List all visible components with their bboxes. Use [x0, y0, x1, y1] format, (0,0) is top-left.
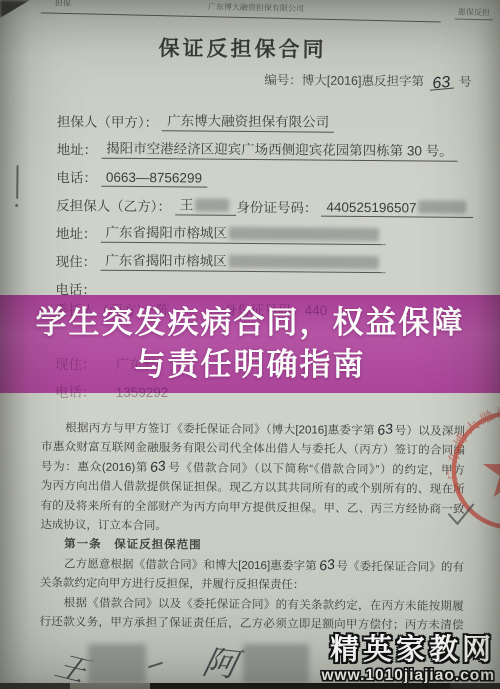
promo-banner-overlay: 委托人（丙方）：陈 身份证号码：440 现住： 广东省 电话： 1359292 … — [0, 295, 500, 393]
id-number-label: 身份证号码： — [236, 196, 317, 217]
redacted-signature-blur-2 — [243, 644, 309, 684]
contract-title: 保证反担保合同 — [2, 31, 482, 65]
address-value: 揭阳市空港经济区迎宾广场西侧迎宾花园第四栋第 30 号。 — [101, 137, 458, 162]
counter-guarantor-row: 反担保人（乙方）： 王 身份证号码： 440525196507 — [56, 186, 448, 217]
redacted-id-blur — [418, 200, 466, 213]
site-watermark: 精英家教网 www.1010jiajiao.com — [322, 635, 496, 684]
guarantor-row: 担保人（甲方）： 广东博大融资担保有限公司 — [57, 102, 449, 133]
pen-dash — [148, 662, 163, 669]
phone-label: 电话： — [56, 166, 97, 186]
contract-number-unit: 号 — [459, 75, 472, 89]
contract-number-label: 编号：博大[2016]惠反担字第 — [264, 73, 424, 88]
counter-guarantor-address-row: 地址： 广东省揭阳市榕城区 — [56, 214, 448, 245]
guarantor-phone-row: 电话： 0663—8756299 — [56, 158, 448, 189]
header-company-name: 广东博大融资担保有限公司 — [208, 1, 304, 18]
header-left-code: 担保 — [55, 0, 71, 13]
handwritten-number: 63 — [376, 423, 393, 435]
address-label-2: 地址： — [56, 222, 97, 242]
handwritten-contract-number: 63 — [429, 78, 454, 91]
counter-guarantor-name: 王 — [175, 193, 237, 216]
handwritten-number: 63 — [318, 558, 335, 570]
contract-body-text: 根据丙方与甲方签订《委托保证合同》（博大[2016]惠委字第63号）以及深圳 市… — [39, 419, 465, 636]
counter-guarantor-label: 反担保人（乙方）： — [56, 194, 171, 215]
guarantor-value: 广东博大融资担保有限公司 — [162, 109, 334, 133]
handwritten-signature-2: 阿 — [199, 635, 243, 687]
handwritten-number: 63 — [149, 460, 166, 472]
svg-text:广东博大融资担保有限公司: 广东博大融资担保有限公司 — [445, 404, 500, 486]
redacted-residence-blur — [229, 255, 379, 269]
residence-label: 现住： — [56, 250, 97, 270]
banner-headline-line1: 学生突发疾病合同，权益保障 — [0, 302, 500, 344]
phone-value: 0663—8756299 — [101, 170, 207, 188]
watermark-url: www.1010jiajiao.com — [322, 668, 496, 684]
pen-mark — [16, 165, 18, 199]
red-company-seal: 广东博大融资担保有限公司 — [430, 402, 500, 543]
redacted-name-blur — [195, 199, 229, 212]
desk-edge — [0, 683, 500, 689]
seal-arc-text: 广东博大融资担保有限公司 — [445, 404, 500, 486]
banner-headline: 学生突发疾病合同，权益保障 与责任明确指南 — [0, 295, 500, 386]
contract-photo: 担保 广东博大融资担保有限公司 惠保反担 保证反担保合同 编号：博大[2016]… — [0, 0, 500, 689]
header-right-code: 惠保反担 — [455, 7, 493, 21]
redacted-signature-blur-1 — [88, 644, 146, 684]
contract-number-line: 编号：博大[2016]惠反担字第 63 号 — [264, 70, 471, 90]
paragraph-line: 行还款义务，甲方承担了保证责任后，乙方必须立即足额向甲方偿付；丙方未清偿 — [39, 613, 463, 636]
guarantor-label: 担保人（甲方）： — [57, 110, 158, 131]
address-value-2: 广东省揭阳市榕城区 — [100, 221, 386, 245]
watermark-logo-text: 精英家教网 — [322, 635, 496, 665]
address-label: 地址： — [57, 138, 98, 158]
id-number-value: 440525196507 — [321, 200, 473, 218]
redacted-address-blur — [229, 227, 379, 241]
party-info-form: 担保人（甲方）： 广东博大融资担保有限公司 地址： 揭阳市空港经济区迎宾广场西侧… — [55, 102, 449, 301]
banner-headline-line2: 与责任明确指南 — [0, 344, 500, 386]
seal-star — [483, 444, 500, 497]
guarantor-address-row: 地址： 揭阳市空港经济区迎宾广场西侧迎宾花园第四栋第 30 号。 — [57, 130, 449, 161]
page-header: 担保 广东博大融资担保有限公司 — [41, 0, 441, 22]
residence-value: 广东省揭阳市榕城区 — [100, 249, 386, 273]
current-residence-row: 现住： 广东省揭阳市榕城区 — [56, 242, 448, 273]
